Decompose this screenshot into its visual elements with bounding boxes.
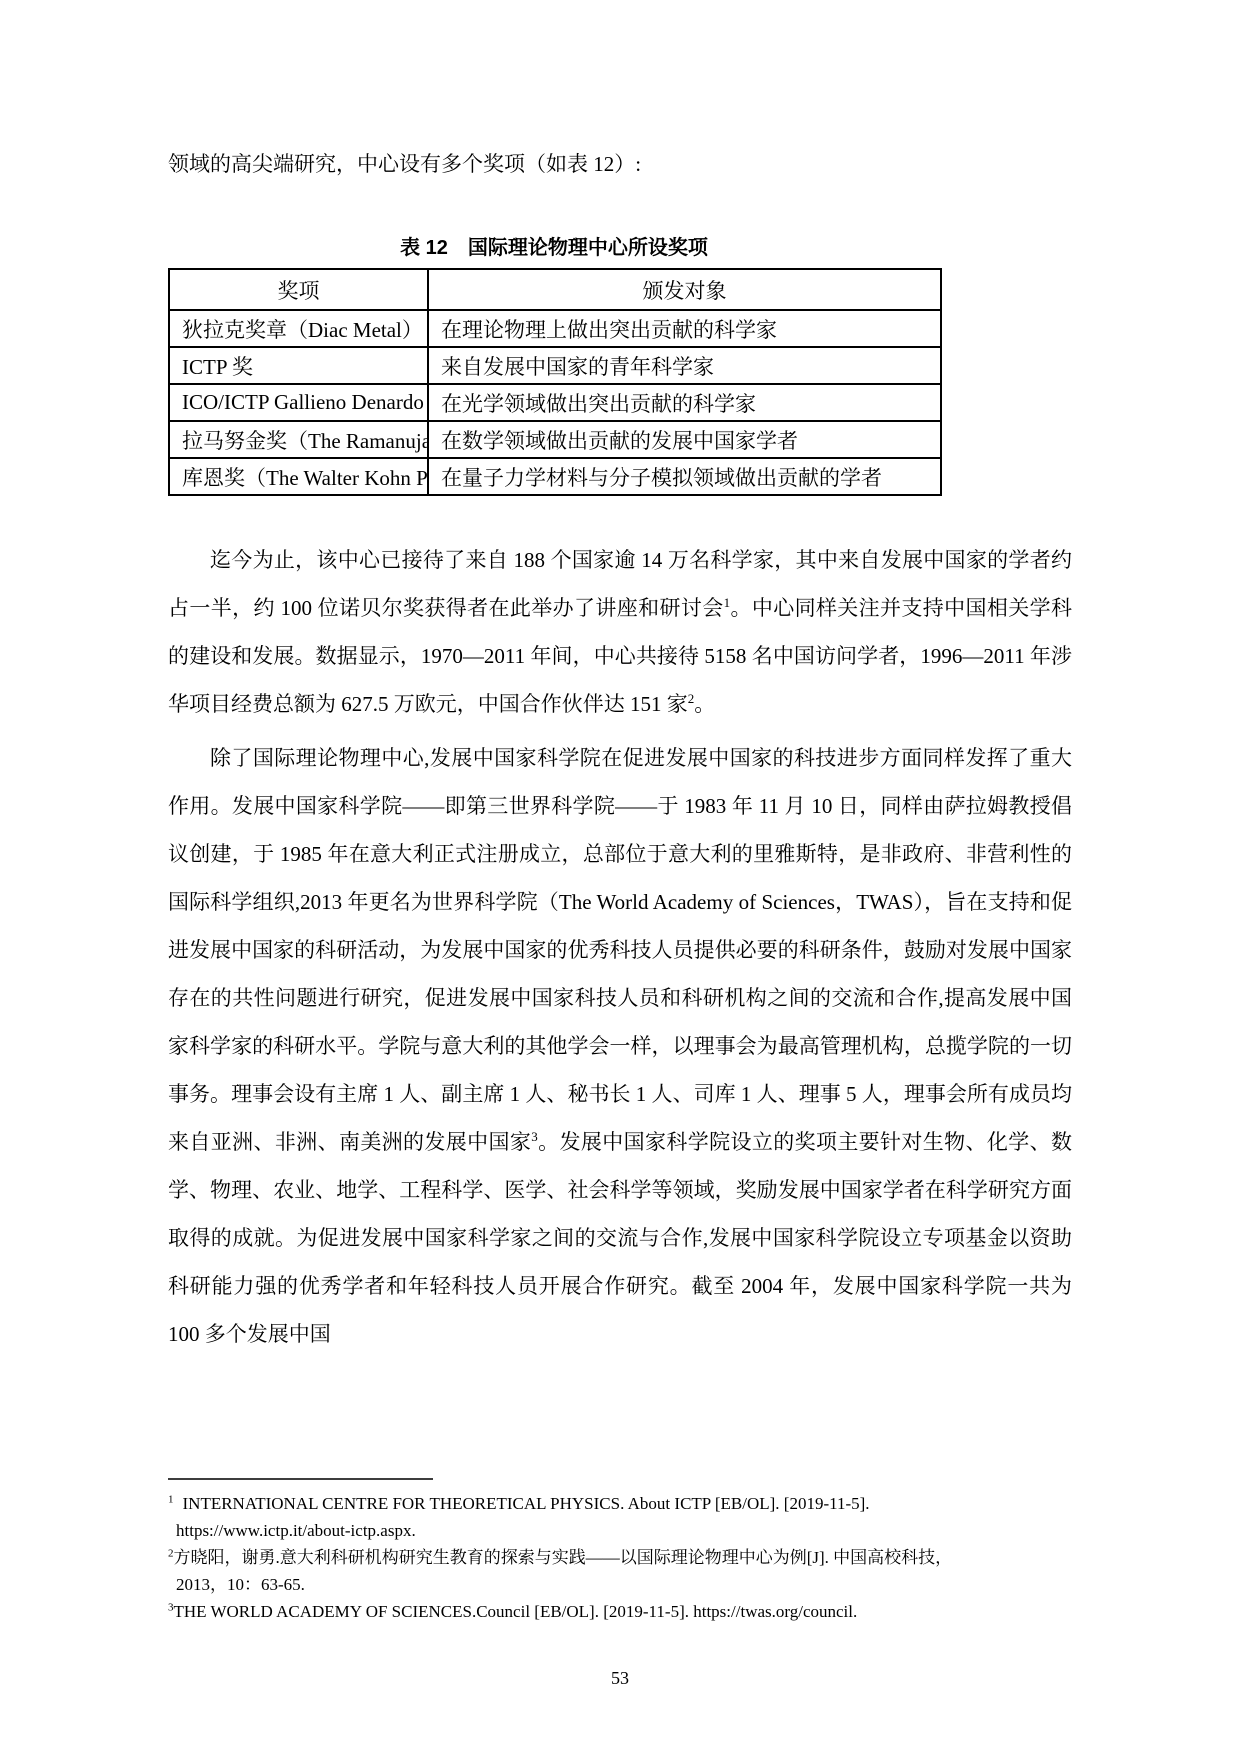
table-cell-recipient: 在数学领域做出贡献的发展中国家学者: [428, 421, 941, 458]
paragraph-text: 。: [694, 692, 715, 716]
table-cell-recipient: 来自发展中国家的青年科学家: [428, 347, 941, 384]
table-cell-award: ICO/ICTP Gallieno Denardo Award: [169, 384, 428, 421]
table-cell-recipient: 在光学领域做出突出贡献的科学家: [428, 384, 941, 421]
table-cell-recipient: 在理论物理上做出突出贡献的科学家: [428, 310, 941, 347]
table-row: ICTP 奖 来自发展中国家的青年科学家: [169, 347, 941, 384]
table-header-cell-recipient: 颁发对象: [428, 269, 941, 310]
intro-paragraph: 领域的高尖端研究，中心设有多个奖项（如表 12）:: [168, 140, 1072, 188]
document-page: 领域的高尖端研究，中心设有多个奖项（如表 12）: 表 12 国际理论物理中心所…: [0, 0, 1240, 1753]
table-header-cell-award: 奖项: [169, 269, 428, 310]
body-paragraph-2: 除了国际理论物理中心,发展中国家科学院在促进发展中国家的科技进步方面同样发挥了重…: [168, 734, 1072, 1358]
table-caption: 表 12 国际理论物理中心所设奖项: [168, 234, 940, 262]
paragraph-text: 。发展中国家科学院设立的奖项主要针对生物、化学、数学、物理、农业、地学、工程科学…: [168, 1130, 1072, 1346]
table-row: ICO/ICTP Gallieno Denardo Award 在光学领域做出突…: [169, 384, 941, 421]
footnote-text: 2013，10：63-65.: [168, 1571, 1072, 1598]
footnote-text: THE WORLD ACADEMY OF SCIENCES.Council [E…: [174, 1602, 858, 1621]
footnote-marker: 1: [168, 1493, 174, 1505]
table-cell-award: 拉马努金奖（The Ramanujan Prize）: [169, 421, 428, 458]
footnote-text: INTERNATIONAL CENTRE FOR THEORETICAL PHY…: [183, 1494, 870, 1513]
footnote-text: 方晓阳，谢勇.意大利科研机构研究生教育的探索与实践——以国际理论物理中心为例[J…: [174, 1548, 953, 1567]
table-cell-award: 狄拉克奖章（Diac Metal）: [169, 310, 428, 347]
table-row: 拉马努金奖（The Ramanujan Prize） 在数学领域做出贡献的发展中…: [169, 421, 941, 458]
footnotes-section: 1INTERNATIONAL CENTRE FOR THEORETICAL PH…: [168, 1478, 1072, 1625]
footnote-3: 3THE WORLD ACADEMY OF SCIENCES.Council […: [168, 1598, 1072, 1625]
table-cell-award: ICTP 奖: [169, 347, 428, 384]
page-number: 53: [0, 1668, 1240, 1689]
table-row: 狄拉克奖章（Diac Metal） 在理论物理上做出突出贡献的科学家: [169, 310, 941, 347]
footnote-separator: [168, 1478, 433, 1480]
table-cell-recipient: 在量子力学材料与分子模拟领域做出贡献的学者: [428, 458, 941, 495]
table-header-row: 奖项 颁发对象: [169, 269, 941, 310]
table-row: 库恩奖（The Walter Kohn Prize） 在量子力学材料与分子模拟领…: [169, 458, 941, 495]
footnote-1: 1INTERNATIONAL CENTRE FOR THEORETICAL PH…: [168, 1490, 1072, 1544]
body-paragraph-1: 迄今为止，该中心已接待了来自 188 个国家逾 14 万名科学家，其中来自发展中…: [168, 536, 1072, 728]
footnote-url: https://www.ictp.it/about-ictp.aspx.: [168, 1517, 1072, 1544]
footnote-2: 2方晓阳，谢勇.意大利科研机构研究生教育的探索与实践——以国际理论物理中心为例[…: [168, 1544, 1072, 1598]
table-cell-award: 库恩奖（The Walter Kohn Prize）: [169, 458, 428, 495]
paragraph-text: 除了国际理论物理中心,发展中国家科学院在促进发展中国家的科技进步方面同样发挥了重…: [168, 746, 1072, 1154]
awards-table: 奖项 颁发对象 狄拉克奖章（Diac Metal） 在理论物理上做出突出贡献的科…: [168, 268, 942, 496]
